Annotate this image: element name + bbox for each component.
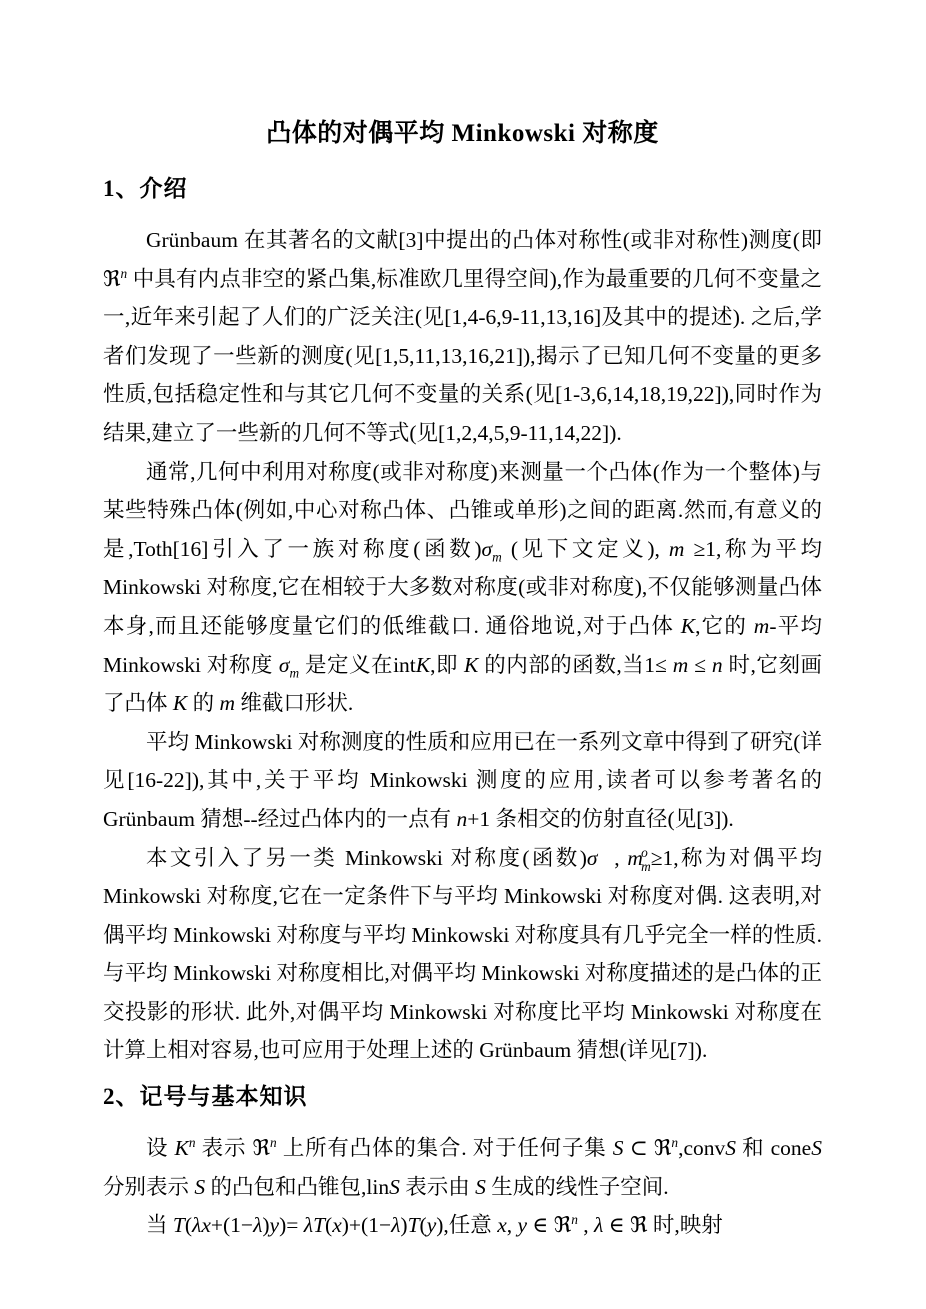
document-page: 凸体的对偶平均 Minkowski 对称度 1、介绍 Grünbaum 在其著名… [0, 0, 926, 1309]
intro-paragraph-1: Grünbaum 在其著名的文献[3]中提出的凸体对称性(或非对称性)测度(即 … [103, 221, 822, 453]
notation-paragraph-2: 当 T(λx+(1−λ)y)= λT(x)+(1−λ)T(y),任意 x, y … [103, 1206, 822, 1245]
intro-paragraph-2: 通常,几何中利用对称度(或非对称度)来测量一个凸体(作为一个整体)与某些特殊凸体… [103, 453, 822, 723]
page-title: 凸体的对偶平均 Minkowski 对称度 [103, 118, 822, 150]
section-1-heading: 1、介绍 [103, 174, 822, 204]
intro-paragraph-4: 本文引入了另一类 Minkowski 对称度(函数)σom, m ≥1,称为对偶… [103, 839, 822, 1071]
section-notation: 2、记号与基本知识 设 Kn 表示 ℜn 上所有凸体的集合. 对于任何子集 S … [103, 1082, 822, 1245]
section-introduction: 1、介绍 Grünbaum 在其著名的文献[3]中提出的凸体对称性(或非对称性)… [103, 174, 822, 1070]
intro-paragraph-3: 平均 Minkowski 对称测度的性质和应用已在一系列文章中得到了研究(详见[… [103, 723, 822, 839]
section-2-heading: 2、记号与基本知识 [103, 1082, 822, 1112]
notation-paragraph-1: 设 Kn 表示 ℜn 上所有凸体的集合. 对于任何子集 S ⊂ ℜn,convS… [103, 1129, 822, 1206]
